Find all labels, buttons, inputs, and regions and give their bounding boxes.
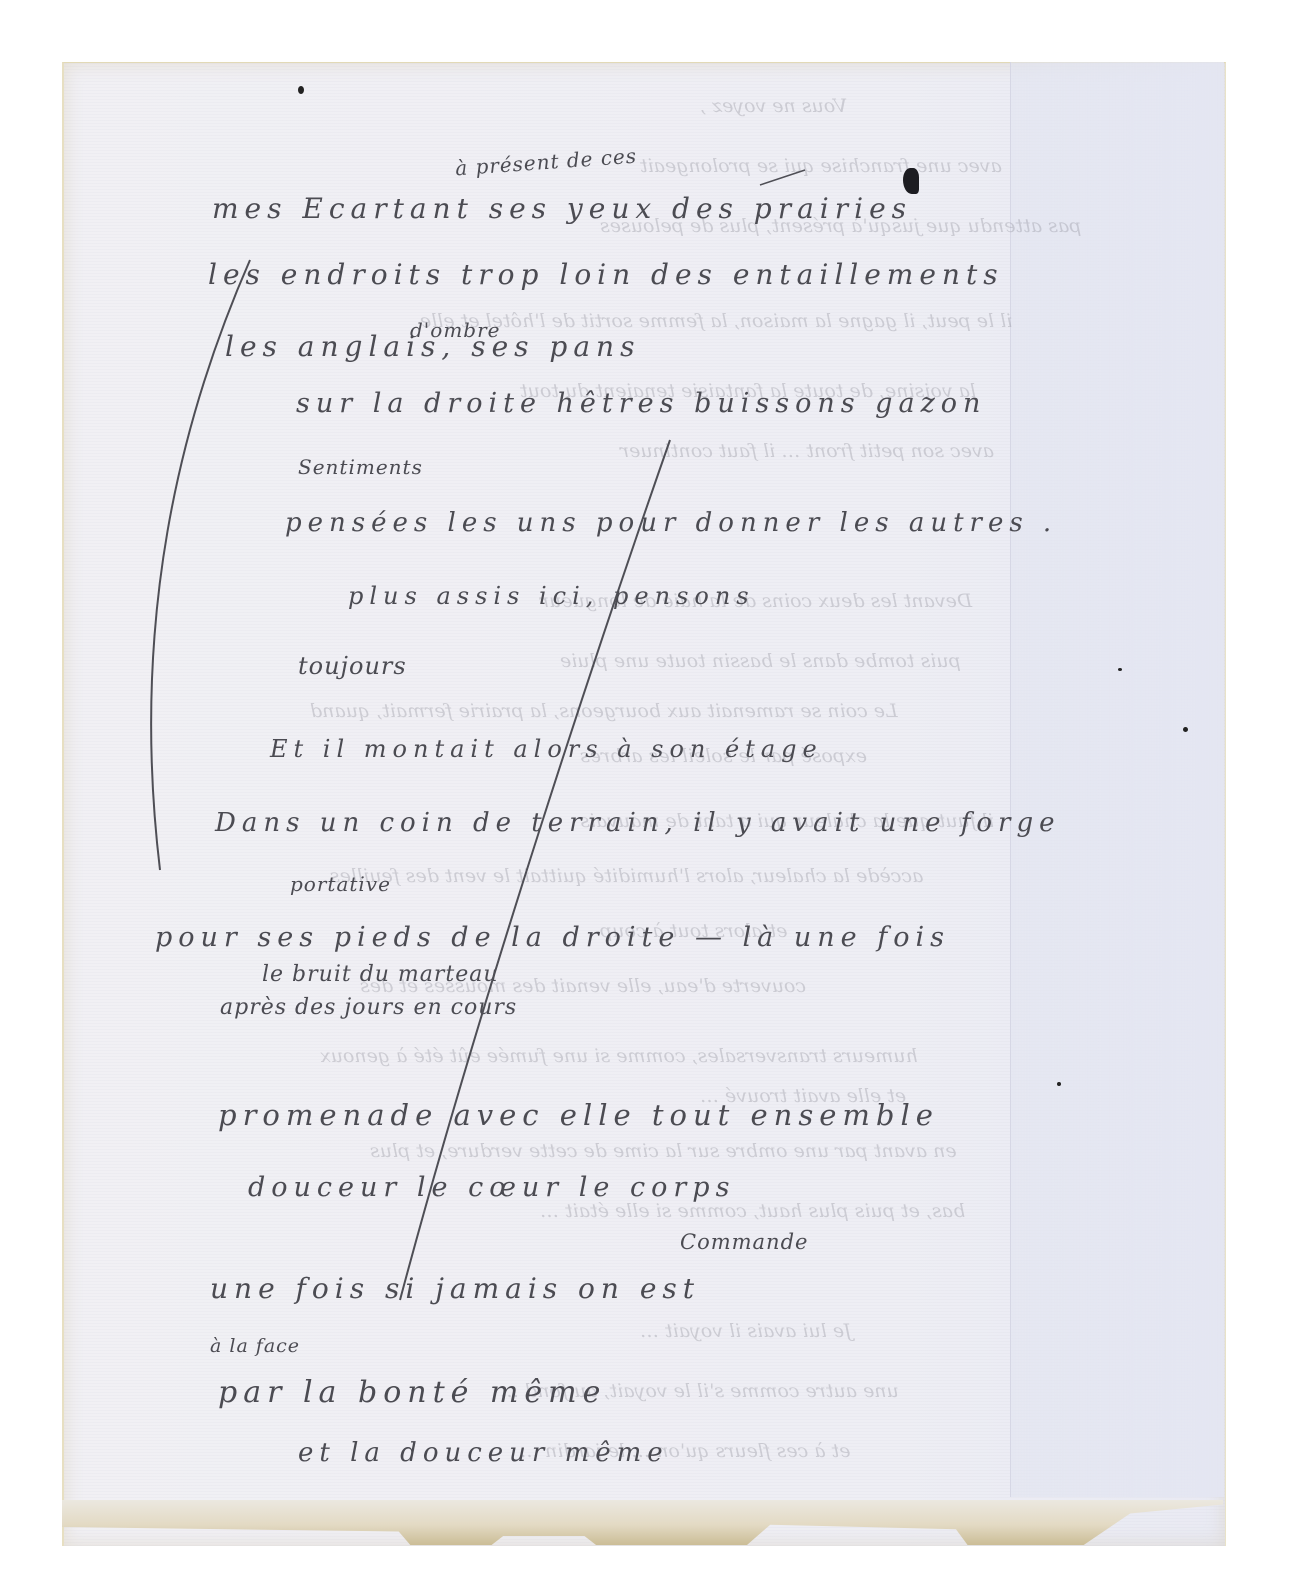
ink-speck	[1183, 727, 1188, 732]
curved-margin-stroke	[151, 260, 250, 870]
ink-speck	[1057, 1082, 1061, 1086]
insertion-mark	[760, 170, 805, 185]
cancellation-strokes	[0, 0, 1290, 1590]
ink-speck	[298, 86, 304, 94]
ink-speck	[1118, 668, 1122, 671]
diagonal-cancel-stroke	[400, 440, 670, 1300]
ink-blot	[903, 168, 919, 194]
